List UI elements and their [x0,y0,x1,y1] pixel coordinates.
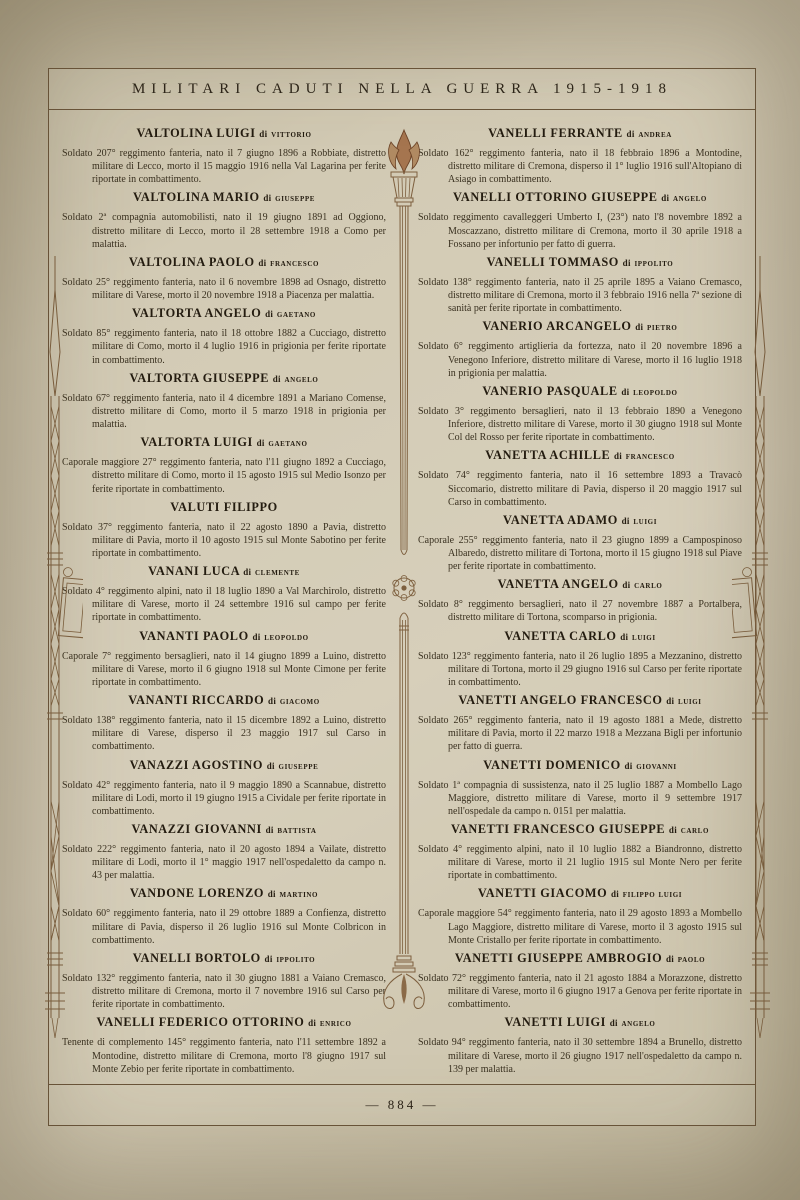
soldier-name: VANELLI FEDERICO OTTORINO [96,1015,304,1029]
casualty-entry: VANAZZI GIOVANNI di Battista Soldato 222… [62,822,386,883]
patronymic-di: di [267,761,275,771]
patronymic-di: di [614,451,622,461]
casualty-entry: VANETTA CARLO di Luigi Soldato 123° regg… [418,629,742,690]
patronymic-di: di [259,129,267,139]
soldier-name: VANETTA ANGELO [498,577,619,591]
entry-description: Soldato 72° reggimento fanteria, nato il… [418,972,742,1012]
casualty-entry: VANDONE LORENZO di Martino Soldato 60° r… [62,886,386,947]
father-name: Carlo [634,580,662,591]
entry-name-heading: VANAZZI AGOSTINO di Giuseppe [62,758,386,773]
entry-description: Caporale 7° reggimento bersaglieri, nato… [62,650,386,690]
patronymic-di: di [620,632,628,642]
casualty-entry: VANELLI BORTOLO di Ippolito Soldato 132°… [62,951,386,1012]
casualty-entry: VANETTI FRANCESCO GIUSEPPE di Carlo Sold… [418,822,742,883]
entry-name-heading: VALTORTA LUIGI di Gaetano [62,435,386,450]
father-name: Carlo [681,825,709,836]
casualty-entry: VANETTA ADAMO di Luigi Caporale 255° reg… [418,513,742,574]
soldier-name: VANANTI RICCARDO [128,693,264,707]
soldier-name: VALTOLINA PAOLO [129,255,255,269]
father-name: Francesco [270,258,319,269]
entry-description: Soldato 6° reggimento artiglieria da for… [418,340,742,380]
patronymic-di: di [273,374,281,384]
father-name: Giuseppe [279,761,319,772]
father-name: Giuseppe [275,193,315,204]
entry-description: Soldato 85° reggimento fanteria, nato il… [62,327,386,367]
father-name: Luigi [678,696,702,707]
casualty-entry: VALUTI FILIPPO Soldato 37° reggimento fa… [62,500,386,561]
entry-name-heading: VANETTI DOMENICO di Giovanni [418,758,742,773]
patronymic-di: di [635,322,643,332]
page-header-band: MILITARI CADUTI NELLA GUERRA 1915-1918 [49,69,755,110]
father-name: Angelo [622,1018,656,1029]
entry-description: Caporale 255° reggimento fanteria, nato … [418,534,742,574]
entry-description: Soldato 207° reggimento fanteria, nato i… [62,147,386,187]
soldier-name: VANANI LUCA [148,564,239,578]
father-name: Martino [280,889,319,900]
soldier-name: VALTORTA LUIGI [141,435,253,449]
father-name: Andrea [638,129,672,140]
soldier-name: VANELLI BORTOLO [133,951,261,965]
soldier-name: VANETTI GIACOMO [478,886,607,900]
casualty-entry: VANETTA ACHILLE di Francesco Soldato 74°… [418,448,742,509]
patronymic-di: di [252,632,260,642]
casualty-entry: VALTOLINA LUIGI di Vittorio Soldato 207°… [62,126,386,187]
entry-name-heading: VALTOLINA PAOLO di Francesco [62,255,386,270]
entry-description: Caporale maggiore 27° reggimento fanteri… [62,456,386,496]
entry-name-heading: VANANTI RICCARDO di Giacomo [62,693,386,708]
father-name: Gaetano [268,438,307,449]
entry-description: Soldato 1ª compagnia di sussistenza, nat… [418,779,742,819]
father-name: Battista [277,825,316,836]
casualty-entry: VANELLI TOMMASO di Ippolito Soldato 138°… [418,255,742,316]
entry-name-heading: VANETTA CARLO di Luigi [418,629,742,644]
soldier-name: VANETTI LUIGI [505,1015,607,1029]
entry-name-heading: VANANI LUCA di Clemente [62,564,386,579]
father-name: Gaetano [277,309,316,320]
father-name: Francesco [626,451,675,462]
patronymic-di: di [268,696,276,706]
father-name: Vittorio [271,129,311,140]
patronymic-di: di [622,580,630,590]
entry-description: Soldato 67° reggimento fanteria, nato il… [62,392,386,432]
entry-name-heading: VANELLI FEDERICO OTTORINO di Enrico [62,1015,386,1030]
entry-description: Soldato 25° reggimento fanteria, nato il… [62,276,386,302]
entry-description: Soldato 123° reggimento fanteria, nato i… [418,650,742,690]
page-title: MILITARI CADUTI NELLA GUERRA 1915-1918 [132,81,672,98]
entry-name-heading: VANETTA ANGELO di Carlo [418,577,742,592]
entry-description: Tenente di complemento 145° reggimento f… [62,1036,386,1076]
soldier-name: VANELLI FERRANTE [488,126,623,140]
entry-description: Soldato 8° reggimento bersaglieri, nato … [418,598,742,624]
entry-description: Soldato 222° reggimento fanteria, nato i… [62,843,386,883]
entry-description: Soldato 4° reggimento alpini, nato il 18… [62,585,386,625]
entry-name-heading: VANANTI PAOLO di Leopoldo [62,629,386,644]
entry-name-heading: VANETTA ACHILLE di Francesco [418,448,742,463]
entry-name-heading: VANERIO PASQUALE di Leopoldo [418,384,742,399]
entry-description: Soldato reggimento cavalleggeri Umberto … [418,211,742,251]
father-name: Leopoldo [633,387,677,398]
entry-name-heading: VANDONE LORENZO di Martino [62,886,386,901]
page-footer-band: — 884 — [49,1084,755,1125]
entry-description: Soldato 3° reggimento bersaglieri, nato … [418,405,742,445]
spear-tip-icon [755,256,765,396]
entry-name-heading: VANETTI GIACOMO di Filippo Luigi [418,886,742,901]
entry-description: Soldato 265° reggimento fanteria, nato i… [418,714,742,754]
patronymic-di: di [258,258,266,268]
patronymic-di: di [610,1018,618,1028]
entry-name-heading: VANETTI GIUSEPPE AMBROGIO di Paolo [418,951,742,966]
casualty-entry: VANAZZI AGOSTINO di Giuseppe Soldato 42°… [62,758,386,819]
soldier-name: VANDONE LORENZO [130,886,264,900]
soldier-name: VANERIO PASQUALE [482,384,617,398]
page-frame: MILITARI CADUTI NELLA GUERRA 1915-1918 V… [48,68,756,1126]
soldier-name: VANERIO ARCANGELO [483,319,632,333]
entry-name-heading: VANETTI LUIGI di Angelo [418,1015,742,1030]
patronymic-di: di [623,258,631,268]
patronymic-di: di [265,309,273,319]
soldier-name: VANETTI DOMENICO [483,758,621,772]
father-name: Giacomo [280,696,320,707]
father-name: Giovanni [636,761,676,772]
soldier-name: VANETTA CARLO [504,629,616,643]
patronymic-di: di [661,193,669,203]
father-name: Filippo Luigi [623,889,682,900]
father-name: Luigi [633,516,657,527]
soldier-name: VANETTI ANGELO FRANCESCO [458,693,662,707]
entry-description: Soldato 4° reggimento alpini, nato il 10… [418,843,742,883]
soldier-name: VANETTI FRANCESCO GIUSEPPE [451,822,665,836]
father-name: Luigi [632,632,656,643]
soldier-name: VANAZZI GIOVANNI [131,822,261,836]
father-name: Angelo [285,374,319,385]
patronymic-di: di [257,438,265,448]
casualty-entry: VANETTA ANGELO di Carlo Soldato 8° reggi… [418,577,742,624]
entry-description: Soldato 94° reggimento fanteria, nato il… [418,1036,742,1076]
casualty-entry: VANERIO PASQUALE di Leopoldo Soldato 3° … [418,384,742,445]
entry-name-heading: VALUTI FILIPPO [62,500,386,515]
entry-name-heading: VALTOLINA MARIO di Giuseppe [62,190,386,205]
soldier-name: VALTORTA ANGELO [132,306,261,320]
soldier-name: VANELLI OTTORINO GIUSEPPE [453,190,658,204]
entry-name-heading: VANELLI FERRANTE di Andrea [418,126,742,141]
soldier-name: VANAZZI AGOSTINO [130,758,263,772]
entry-name-heading: VANETTA ADAMO di Luigi [418,513,742,528]
father-name: Enrico [320,1018,352,1029]
patronymic-di: di [624,761,632,771]
entry-name-heading: VANAZZI GIOVANNI di Battista [62,822,386,837]
patronymic-di: di [666,696,674,706]
casualty-entry: VALTORTA LUIGI di Gaetano Caporale maggi… [62,435,386,496]
entry-description: Soldato 162° reggimento fanteria, nato i… [418,147,742,187]
entry-description: Soldato 37° reggimento fanteria, nato il… [62,521,386,561]
casualty-entry: VALTORTA GIUSEPPE di Angelo Soldato 67° … [62,371,386,432]
entry-description: Soldato 74° reggimento fanteria, nato il… [418,469,742,509]
casualty-entry: VANANTI PAOLO di Leopoldo Caporale 7° re… [62,629,386,690]
patronymic-di: di [265,954,273,964]
entry-name-heading: VANETTI ANGELO FRANCESCO di Luigi [418,693,742,708]
casualty-entry: VANETTI ANGELO FRANCESCO di Luigi Soldat… [418,693,742,754]
soldier-name: VANETTA ADAMO [503,513,618,527]
entry-name-heading: VALTOLINA LUIGI di Vittorio [62,126,386,141]
casualty-entry: VALTOLINA MARIO di Giuseppe Soldato 2ª c… [62,190,386,251]
entry-description: Soldato 60° reggimento fanteria, nato il… [62,907,386,947]
casualty-entry: VANELLI FEDERICO OTTORINO di Enrico Tene… [62,1015,386,1076]
casualty-entry: VANETTI GIUSEPPE AMBROGIO di Paolo Solda… [418,951,742,1012]
page-number: — 884 — [366,1097,439,1113]
soldier-name: VANETTI GIUSEPPE AMBROGIO [455,951,662,965]
right-column: VANELLI FERRANTE di Andrea Soldato 162° … [418,126,742,1078]
casualty-entry: VANELLI FERRANTE di Andrea Soldato 162° … [418,126,742,187]
patronymic-di: di [666,954,674,964]
entry-name-heading: VANETTI FRANCESCO GIUSEPPE di Carlo [418,822,742,837]
entry-description: Soldato 2ª compagnia automobilisti, nato… [62,211,386,251]
entry-name-heading: VANELLI OTTORINO GIUSEPPE di Angelo [418,190,742,205]
casualty-entry: VANETTI DOMENICO di Giovanni Soldato 1ª … [418,758,742,819]
entry-description: Caporale maggiore 54° reggimento fanteri… [418,907,742,947]
soldier-name: VANANTI PAOLO [139,629,249,643]
casualty-entry: VANELLI OTTORINO GIUSEPPE di Angelo Sold… [418,190,742,251]
patronymic-di: di [266,825,274,835]
father-name: Angelo [673,193,707,204]
soldier-name: VALTORTA GIUSEPPE [130,371,270,385]
casualty-entry: VANETTI LUIGI di Angelo Soldato 94° regg… [418,1015,742,1076]
casualty-entry: VANANI LUCA di Clemente Soldato 4° reggi… [62,564,386,625]
casualty-entry: VANANTI RICCARDO di Giacomo Soldato 138°… [62,693,386,754]
patronymic-di: di [308,1018,316,1028]
patronymic-di: di [622,516,630,526]
father-name: Ippolito [276,954,315,965]
father-name: Leopoldo [264,632,308,643]
patronymic-di: di [621,387,629,397]
father-name: Ippolito [634,258,673,269]
entry-name-heading: VALTORTA ANGELO di Gaetano [62,306,386,321]
entry-name-heading: VANELLI TOMMASO di Ippolito [418,255,742,270]
entry-description: Soldato 138° reggimento fanteria, nato i… [62,714,386,754]
father-name: Clemente [255,567,300,578]
soldier-name: VALTOLINA LUIGI [136,126,255,140]
casualty-entry: VALTOLINA PAOLO di Francesco Soldato 25°… [62,255,386,302]
soldier-name: VANETTA ACHILLE [485,448,610,462]
soldier-name: VALUTI FILIPPO [170,500,278,514]
entry-description: Soldato 42° reggimento fanteria, nato il… [62,779,386,819]
casualty-entry: VANERIO ARCANGELO di Pietro Soldato 6° r… [418,319,742,380]
father-name: Pietro [647,322,677,333]
patronymic-di: di [268,889,276,899]
casualty-entry: VANETTI GIACOMO di Filippo Luigi Caporal… [418,886,742,947]
father-name: Paolo [678,954,705,965]
patronymic-di: di [611,889,619,899]
casualty-entry: VALTORTA ANGELO di Gaetano Soldato 85° r… [62,306,386,367]
entry-description: Soldato 132° reggimento fanteria, nato i… [62,972,386,1012]
entry-name-heading: VANELLI BORTOLO di Ippolito [62,951,386,966]
patronymic-di: di [627,129,635,139]
patronymic-di: di [243,567,251,577]
two-column-content: VALTOLINA LUIGI di Vittorio Soldato 207°… [49,110,755,1084]
patronymic-di: di [669,825,677,835]
left-column: VALTOLINA LUIGI di Vittorio Soldato 207°… [62,126,386,1078]
soldier-name: VALTOLINA MARIO [133,190,260,204]
entry-description: Soldato 138° reggimento fanteria, nato i… [418,276,742,316]
entry-name-heading: VANERIO ARCANGELO di Pietro [418,319,742,334]
patronymic-di: di [263,193,271,203]
entry-name-heading: VALTORTA GIUSEPPE di Angelo [62,371,386,386]
soldier-name: VANELLI TOMMASO [487,255,619,269]
